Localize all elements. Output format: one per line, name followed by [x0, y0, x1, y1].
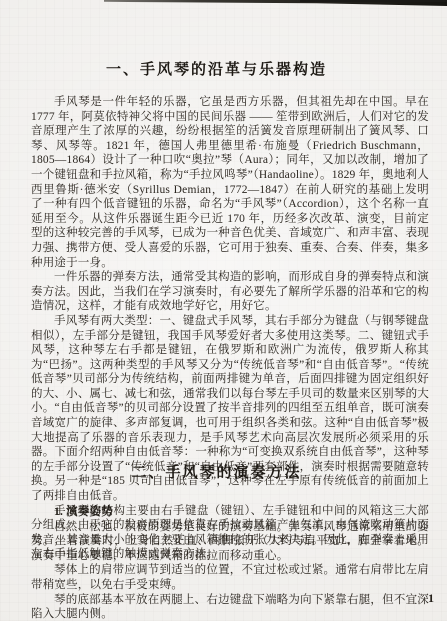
section2-paragraph-1: 自然、松弛、积极的姿势是良好的演奏基础。弹奏手风琴通常采用坐的姿势。坐着演奏时，…: [31, 520, 429, 564]
section2-paragraph-2: 琴体上的肩带应调节到适当的位置，不宜过松或过紧。通常右肩带比左肩带稍宽些，以免右…: [31, 563, 429, 592]
section1-body: 手风琴是一件年轻的乐器，它虽是西方乐器，但其祖先却在中国。早在 1777 年，阿…: [31, 95, 429, 562]
section2-title: 二、手风琴的演奏方法: [0, 461, 433, 482]
section2-subheading-posture: 1. 演奏姿势: [31, 505, 429, 520]
scanned-book-page: 一、手风琴的沿革与乐器构造 手风琴是一件年轻的乐器，它虽是西方乐器，但其祖先却在…: [0, 0, 447, 621]
section1-paragraph-2: 一件乐器的弹奏方法，通常受其构造的影响，而形成自身的弹奏特点和演奏方法。因此，当…: [31, 270, 429, 314]
scan-edge-artifact-thin: [300, 0, 447, 2]
section2-body: 1. 演奏姿势 自然、松弛、积极的姿势是良好的演奏基础。弹奏手风琴通常采用坐的姿…: [31, 505, 429, 621]
section1-title: 一、手风琴的沿革与乐器构造: [0, 58, 433, 79]
section1-paragraph-1: 手风琴是一件年轻的乐器，它虽是西方乐器，但其祖先却在中国。早在 1777 年，阿…: [31, 95, 429, 270]
page-number: 1: [428, 591, 434, 606]
section2-paragraph-3: 琴的底部基本平放在两腿上、右边键盘下端略为向下紧靠右腿，但不宜深陷入大腿内侧。: [31, 593, 429, 621]
